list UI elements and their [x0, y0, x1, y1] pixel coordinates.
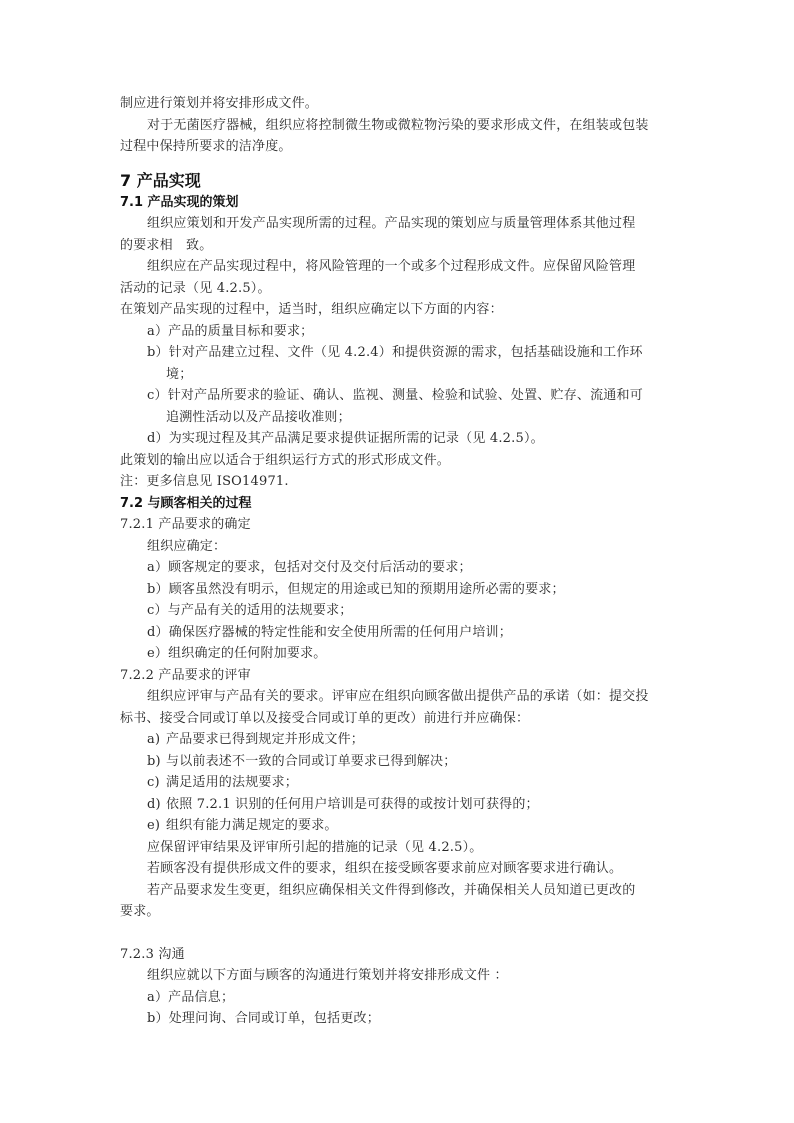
list-item-label: a）: [147, 987, 168, 1009]
list-item-text: 顾客虽然没有明示，但规定的用途或已知的预期用途所必需的要求；: [169, 582, 565, 597]
list-item: d)依照 7.2.1 识别的任何用户培训是可获得的或按计划可获得的；: [120, 794, 686, 816]
list-item-text: 与以前表述不一致的合同或订单要求已得到解决；: [166, 754, 456, 769]
subsection-heading-7-2-2: 7.2.2 产品要求的评审: [120, 665, 686, 687]
list-item-label: b）: [147, 342, 169, 364]
list-item-continuation: 境；: [120, 364, 686, 386]
list-item: e)组织有能力满足规定的要求。: [120, 815, 686, 837]
list-item: d）确保医疗器械的特定性能和安全使用所需的任何用户培训；: [120, 622, 686, 644]
list-item: e）组织确定的任何附加要求。: [120, 643, 686, 665]
section-heading-7-2: 7.2 与顾客相关的过程: [120, 493, 686, 515]
list-item: b）处理问询、合同或订单，包括更改；: [120, 1008, 686, 1030]
list-item-text: 产品信息；: [168, 990, 234, 1005]
list-item-label: e): [147, 815, 166, 837]
paragraph-line: 应保留评审结果及评审所引起的措施的记录（见 4.2.5）。: [120, 837, 686, 859]
section-heading-7: 7 产品实现: [120, 170, 686, 192]
paragraph-line: 的要求相 致。: [120, 235, 686, 257]
paragraph-line: 在策划产品实现的过程中，适当时，组织应确定以下方面的内容：: [120, 299, 686, 321]
list-item-text: 组织确定的任何附加要求。: [168, 646, 326, 661]
paragraph-line: 对于无菌医疗器械，组织应将控制微生物或微粒物污染的要求形成文件，在组装或包装: [120, 115, 686, 137]
list-item-label: e）: [147, 643, 168, 665]
list-item: c）针对产品所要求的验证、确认、监视、测量、检验和试验、处置、贮存、流通和可: [120, 385, 686, 407]
paragraph-line: 组织应评审与产品有关的要求。评审应在组织向顾客做出提供产品的承诺（如：提交投: [120, 686, 686, 708]
paragraph-line: 要求。: [120, 901, 686, 923]
subsection-heading-7-2-3: 7.2.3 沟通: [120, 944, 686, 966]
paragraph-line: 组织应策划和开发产品实现所需的过程。产品实现的策划应与质量管理体系其他过程: [120, 213, 686, 235]
list-item: c）与产品有关的适用的法规要求；: [120, 600, 686, 622]
list-item: b）顾客虽然没有明示，但规定的用途或已知的预期用途所必需的要求；: [120, 579, 686, 601]
paragraph-line: 若产品要求发生变更，组织应确保相关文件得到修改，并确保相关人员知道已更改的: [120, 880, 686, 902]
list-item: a）产品信息；: [120, 987, 686, 1009]
list-item-continuation: 追溯性活动以及产品接收准则；: [120, 407, 686, 429]
list-item-label: c）: [147, 385, 168, 407]
list-item-label: a）: [147, 557, 168, 579]
paragraph-line: 标书、接受合同或订单以及接受合同或订单的更改）前进行并应确保：: [120, 708, 686, 730]
list-item: a）顾客规定的要求，包括对交付及交付后活动的要求；: [120, 557, 686, 579]
section-heading-7-1: 7.1 产品实现的策划: [120, 192, 686, 214]
list-item: b）针对产品建立过程、文件（见 4.2.4）和提供资源的需求，包括基础设施和工作…: [120, 342, 686, 364]
list-item-text: 针对产品所要求的验证、确认、监视、测量、检验和试验、处置、贮存、流通和可: [168, 388, 643, 403]
paragraph-line: 若顾客没有提供形成文件的要求，组织在接受顾客要求前应对顾客要求进行确认。: [120, 858, 686, 880]
list-item-label: d）: [147, 428, 169, 450]
list-item-label: b）: [147, 1008, 169, 1030]
list-item: a)产品要求已得到规定并形成文件；: [120, 729, 686, 751]
list-item-label: c): [147, 772, 166, 794]
list-item-text: 产品要求已得到规定并形成文件；: [166, 732, 364, 747]
subsection-heading-7-2-1: 7.2.1 产品要求的确定: [120, 514, 686, 536]
list-item-text: 依照 7.2.1 识别的任何用户培训是可获得的或按计划可获得的；: [166, 797, 539, 812]
list-item-label: d): [147, 794, 166, 816]
paragraph-line: 此策划的输出应以适合于组织运行方式的形式形成文件。: [120, 450, 686, 472]
list-item-text: 与产品有关的适用的法规要求；: [168, 603, 353, 618]
paragraph-line: 组织应在产品实现过程中，将风险管理的一个或多个过程形成文件。应保留风险管理: [120, 256, 686, 278]
note-line: 注：更多信息见 ISO14971.: [120, 471, 686, 493]
list-item-label: d）: [147, 622, 169, 644]
list-item-label: c）: [147, 600, 168, 622]
paragraph-line: 组织应确定：: [120, 536, 686, 558]
list-item-text: 顾客规定的要求，包括对交付及交付后活动的要求；: [168, 560, 472, 575]
list-item: d）为实现过程及其产品满足要求提供证据所需的记录（见 4.2.5）。: [120, 428, 686, 450]
list-item-text: 满足适用的法规要求；: [166, 775, 298, 790]
list-item-text: 处理问询、合同或订单，包括更改；: [169, 1011, 380, 1026]
list-item: a）产品的质量目标和要求；: [120, 321, 686, 343]
list-item-label: a): [147, 729, 166, 751]
list-item-text: 确保医疗器械的特定性能和安全使用所需的任何用户培训；: [169, 625, 512, 640]
paragraph-line: 制应进行策划并将安排形成文件。: [120, 93, 686, 115]
list-item: c)满足适用的法规要求；: [120, 772, 686, 794]
list-item-label: b): [147, 751, 166, 773]
paragraph-line: 活动的记录（见 4.2.5）。: [120, 278, 686, 300]
list-item-text: 产品的质量目标和要求；: [168, 324, 313, 339]
paragraph-line: 过程中保持所要求的洁净度。: [120, 136, 686, 158]
paragraph-line: 组织应就以下方面与顾客的沟通进行策划并将安排形成文件 ：: [120, 965, 686, 987]
list-item-text: 组织有能力满足规定的要求。: [166, 818, 338, 833]
list-item: b)与以前表述不一致的合同或订单要求已得到解决；: [120, 751, 686, 773]
spacer: [120, 923, 686, 944]
document-page: 制应进行策划并将安排形成文件。 对于无菌医疗器械，组织应将控制微生物或微粒物污染…: [120, 93, 686, 1030]
list-item-text: 针对产品建立过程、文件（见 4.2.4）和提供资源的需求，包括基础设施和工作环: [169, 345, 643, 360]
list-item-label: a）: [147, 321, 168, 343]
list-item-label: b）: [147, 579, 169, 601]
list-item-text: 为实现过程及其产品满足要求提供证据所需的记录（见 4.2.5）。: [169, 431, 544, 446]
